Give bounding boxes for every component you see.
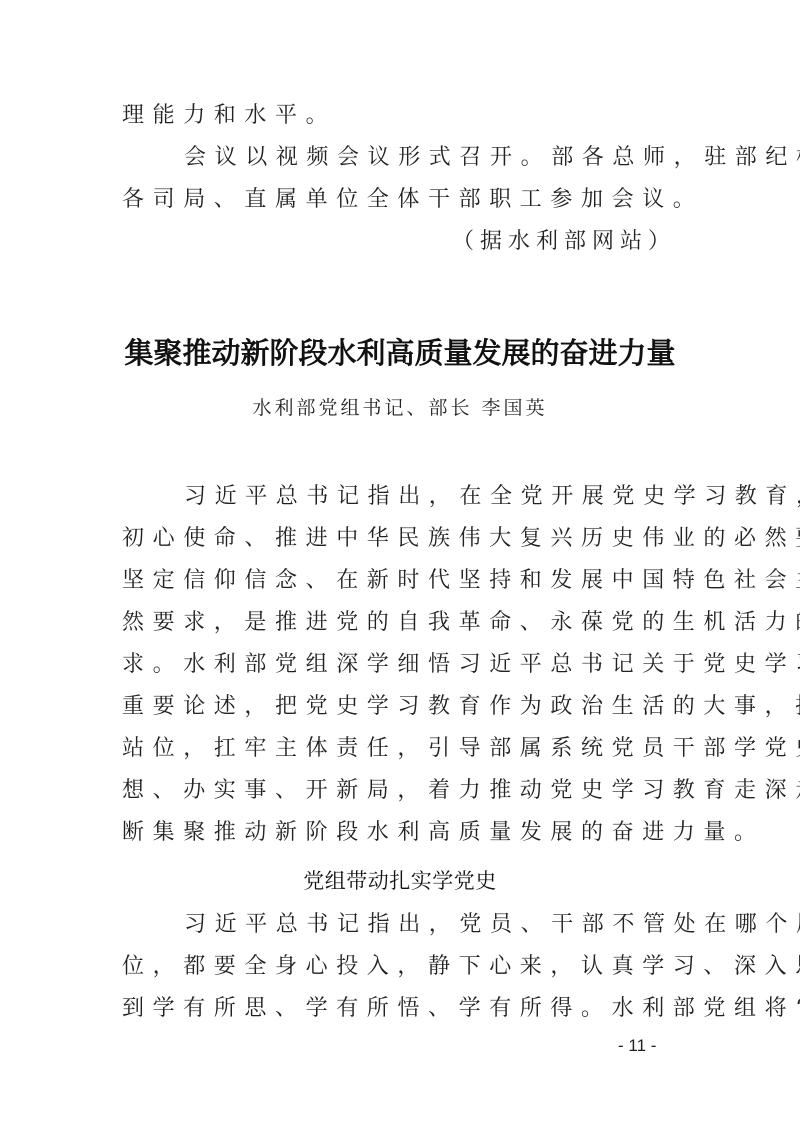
previous-article-line: 各司局、直属单位全体干部职工参加会议。: [122, 185, 692, 215]
paragraph-line: 然要求，是推进党的自我革命、永葆党的生机活力的必然要: [122, 608, 692, 638]
paragraph-line: 站位，扛牢主体责任，引导部属系统党员干部学党史、悟思: [122, 734, 692, 764]
paragraph-line: 到学有所思、学有所悟、学有所得。水利部党组将“深学细: [122, 994, 692, 1024]
paragraph-line: 重要论述，把党史学习教育作为政治生活的大事，提高政治: [122, 692, 692, 722]
article-byline: 水利部党组书记、部长 李国英: [0, 394, 800, 422]
page-number: - 11 -: [618, 1035, 656, 1057]
paragraph-line: 断集聚推动新阶段水利高质量发展的奋进力量。: [122, 818, 692, 848]
paragraph-line: 坚定信仰信念、在新时代坚持和发展中国特色社会主义的必: [122, 566, 692, 596]
paragraph-line: 位，都要全身心投入，静下心来，认真学习、深入思考，做: [122, 952, 692, 982]
previous-article-line: 理能力和水平。: [122, 101, 692, 131]
paragraph-line: 初心使命、推进中华民族伟大复兴历史伟业的必然要求，是: [122, 524, 692, 554]
source-attribution: （据水利部网站）: [452, 227, 676, 257]
paragraph-line: 习近平总书记指出，在全党开展党史学习教育，是牢记: [184, 482, 754, 512]
paragraph-line: 想、办实事、开新局，着力推动党史学习教育走深走实，不: [122, 776, 692, 806]
previous-article-line: 会议以视频会议形式召开。部各总师，驻部纪检监察组，: [184, 143, 754, 173]
document-page: 理能力和水平。 会议以视频会议形式召开。部各总师，驻部纪检监察组， 各司局、直属…: [0, 0, 800, 1131]
paragraph-line: 求。水利部党组深学细悟习近平总书记关于党史学习教育的: [122, 650, 692, 680]
article-title: 集聚推动新阶段水利高质量发展的奋进力量: [0, 333, 800, 373]
section-heading: 党组带动扎实学党史: [0, 866, 800, 896]
paragraph-line: 习近平总书记指出，党员、干部不管处在哪个层次和岗: [184, 910, 754, 940]
